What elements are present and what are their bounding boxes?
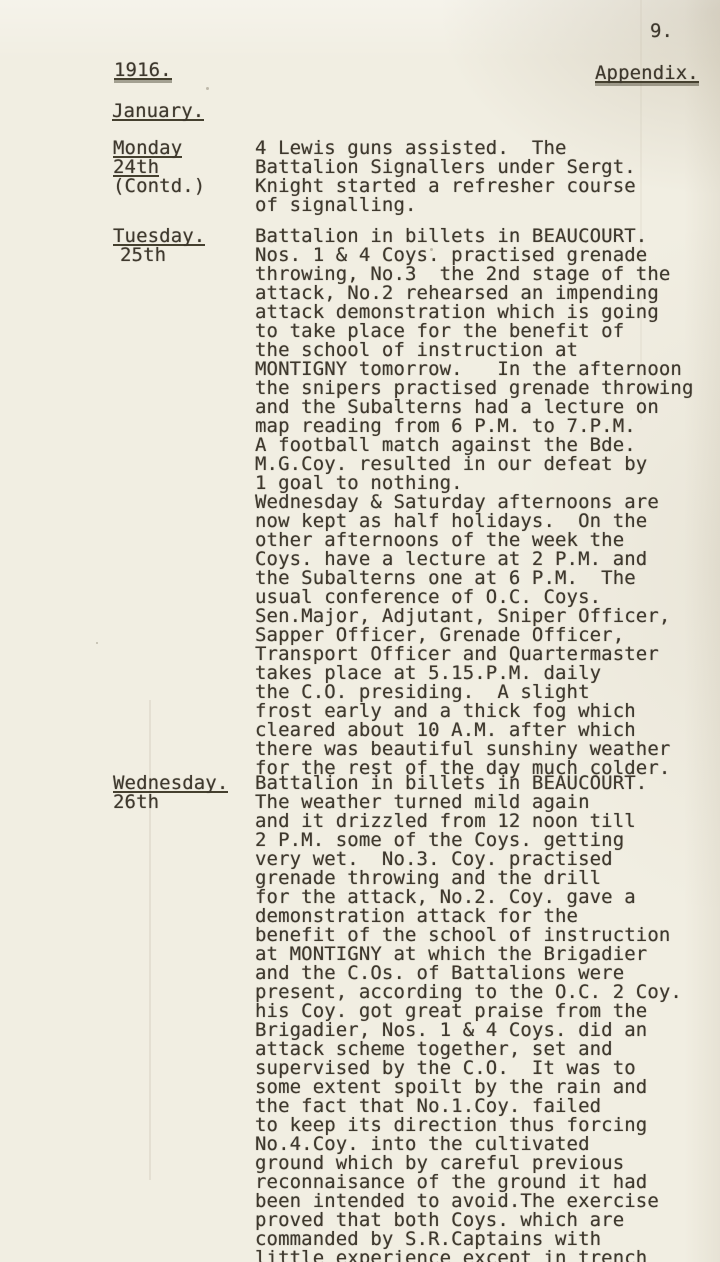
page-number: 9. [650, 22, 673, 41]
paper-speck [96, 642, 98, 644]
entry-text: Battalion in billets in BEAUCOURT. Nos. … [255, 227, 693, 778]
diary-entry-wednesday-26th: Wednesday. 26th Battalion in billets in … [113, 774, 682, 1262]
year-heading-text: 1916. [114, 61, 172, 80]
year-heading: 1916. [114, 61, 172, 80]
diary-entry-monday-24th: Monday 24th (Contd.) 4 Lewis guns assist… [113, 139, 636, 215]
appendix-heading: Appendix. [595, 64, 699, 83]
month-heading-text: January. [112, 102, 204, 121]
entry-text: 4 Lewis guns assisted. The Battalion Sig… [255, 139, 636, 215]
date-label: 26th [113, 791, 159, 813]
contd-label: (Contd.) [113, 175, 205, 197]
entry-day-column: Tuesday. 25th [113, 227, 255, 265]
war-diary-page: 9. 1916. Appendix. January. Monday 24th … [0, 0, 720, 1262]
diary-entry-tuesday-25th: Tuesday. 25th Battalion in billets in BE… [113, 227, 693, 778]
date-label: 25th [120, 244, 166, 266]
entry-day-column: Monday 24th (Contd.) [113, 139, 255, 196]
month-heading: January. [112, 102, 204, 121]
entry-day-column: Wednesday. 26th [113, 774, 255, 812]
appendix-heading-text: Appendix. [595, 64, 699, 83]
entry-text: Battalion in billets in BEAUCOURT. The w… [255, 774, 682, 1262]
paper-speck [206, 87, 209, 90]
